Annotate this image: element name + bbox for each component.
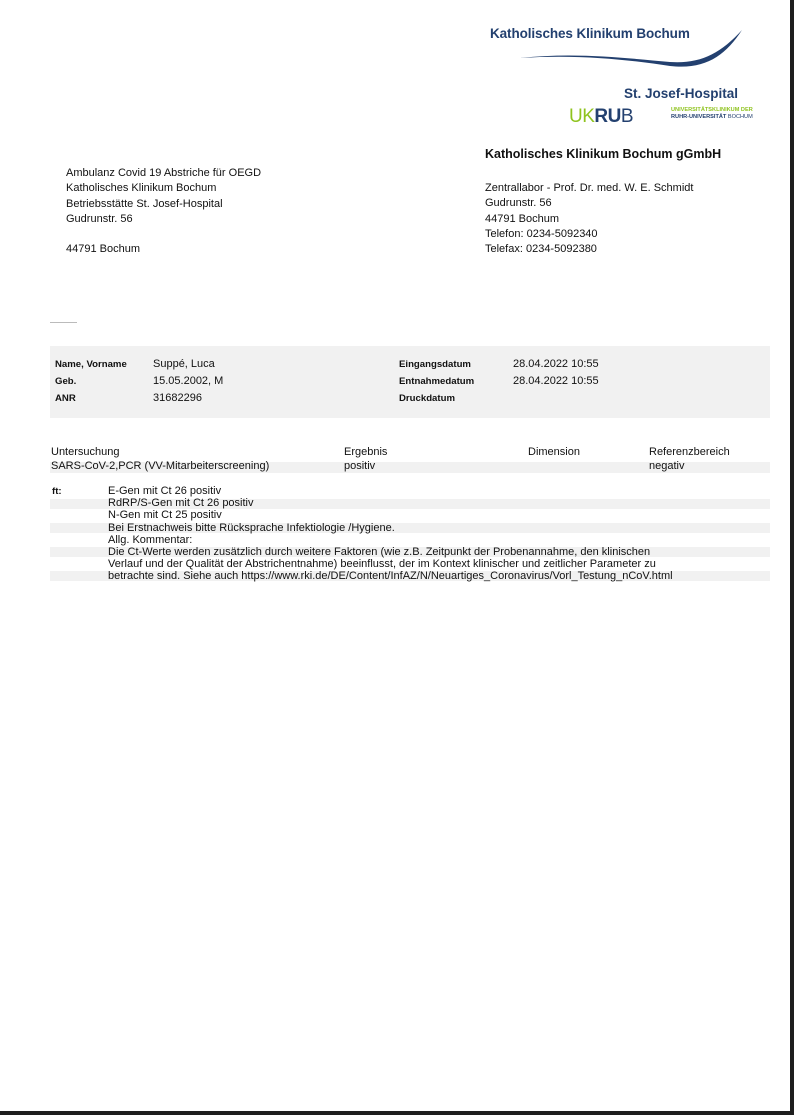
sender-line: 44791 Bochum <box>485 212 693 227</box>
finding-line: Allg. Kommentar: <box>108 534 673 546</box>
sender-address: Zentrallabor - Prof. Dr. med. W. E. Schm… <box>485 181 693 257</box>
column-header-test: Untersuchung <box>51 446 120 458</box>
finding-line: betrachte sind. Siehe auch https://www.r… <box>108 570 673 582</box>
logo-rub: RU <box>594 106 620 127</box>
result-reference: negativ <box>649 460 684 472</box>
recipient-line <box>66 227 261 242</box>
logo-swoosh-icon <box>520 26 745 76</box>
logo-sub-line1: UNIVERSITÄTSKLINIKUM DER <box>671 107 753 114</box>
logo-sub-line2: RUHR-UNIVERSITÄT BOCHUM <box>671 114 753 121</box>
recipient-line: Katholisches Klinikum Bochum <box>66 181 261 196</box>
sender-line: Gudrunstr. 56 <box>485 196 693 211</box>
sender-line: Telefon: 0234-5092340 <box>485 227 693 242</box>
result-value: positiv <box>344 460 375 472</box>
received-label: Eingangsdatum <box>399 359 471 370</box>
column-header-reference: Referenzbereich <box>649 446 730 458</box>
collected-value: 28.04.2022 10:55 <box>513 375 599 387</box>
fold-mark <box>50 322 77 323</box>
logo-sub-line2-light: BOCHUM <box>726 114 752 120</box>
findings-label: ft: <box>52 486 62 497</box>
finding-line: N-Gen mit Ct 25 positiv <box>108 509 673 521</box>
logo-uk: UK <box>569 106 594 127</box>
column-header-unit: Dimension <box>528 446 580 458</box>
logo-ukrub: UKRUB <box>569 106 633 128</box>
anr-label: ANR <box>55 393 76 404</box>
finding-line: Die Ct-Werte werden zusätzlich durch wei… <box>108 546 673 558</box>
sender-line: Telefax: 0234-5092380 <box>485 242 693 257</box>
logo-sub-line2-bold: RUHR-UNIVERSITÄT <box>671 114 726 120</box>
finding-line: RdRP/S-Gen mit Ct 26 positiv <box>108 497 673 509</box>
recipient-line: Gudrunstr. 56 <box>66 212 261 227</box>
name-label: Name, Vorname <box>55 359 127 370</box>
recipient-line: Ambulanz Covid 19 Abstriche für OEGD <box>66 166 261 181</box>
sender-line: Zentrallabor - Prof. Dr. med. W. E. Schm… <box>485 181 693 196</box>
received-value: 28.04.2022 10:55 <box>513 358 599 370</box>
logo-hospital-name: St. Josef-Hospital <box>624 86 738 101</box>
recipient-line: 44791 Bochum <box>66 242 261 257</box>
logo-university-subtitle: UNIVERSITÄTSKLINIKUM DER RUHR-UNIVERSITÄ… <box>671 107 753 121</box>
finding-line: Bei Erstnachweis bitte Rücksprache Infek… <box>108 522 673 534</box>
lab-report-page: Katholisches Klinikum Bochum St. Josef-H… <box>0 0 790 1111</box>
finding-line: Verlauf und der Qualität der Abstrichent… <box>108 558 673 570</box>
recipient-address: Ambulanz Covid 19 Abstriche für OEGD Kat… <box>66 166 261 258</box>
dob-value: 15.05.2002, M <box>153 375 223 387</box>
findings-text: E-Gen mit Ct 26 positiv RdRP/S-Gen mit C… <box>108 485 673 583</box>
recipient-line: Betriebsstätte St. Josef-Hospital <box>66 197 261 212</box>
collected-label: Entnahmedatum <box>399 376 474 387</box>
printed-label: Druckdatum <box>399 393 455 404</box>
anr-value: 31682296 <box>153 392 202 404</box>
column-header-result: Ergebnis <box>344 446 387 458</box>
dob-label: Geb. <box>55 376 76 387</box>
finding-line: E-Gen mit Ct 26 positiv <box>108 485 673 497</box>
sender-organization: Katholisches Klinikum Bochum gGmbH <box>485 147 721 161</box>
result-test: SARS-CoV-2,PCR (VV-Mitarbeiterscreening) <box>51 460 269 472</box>
logo-rub-b: B <box>621 106 633 127</box>
name-value: Suppé, Luca <box>153 358 215 370</box>
